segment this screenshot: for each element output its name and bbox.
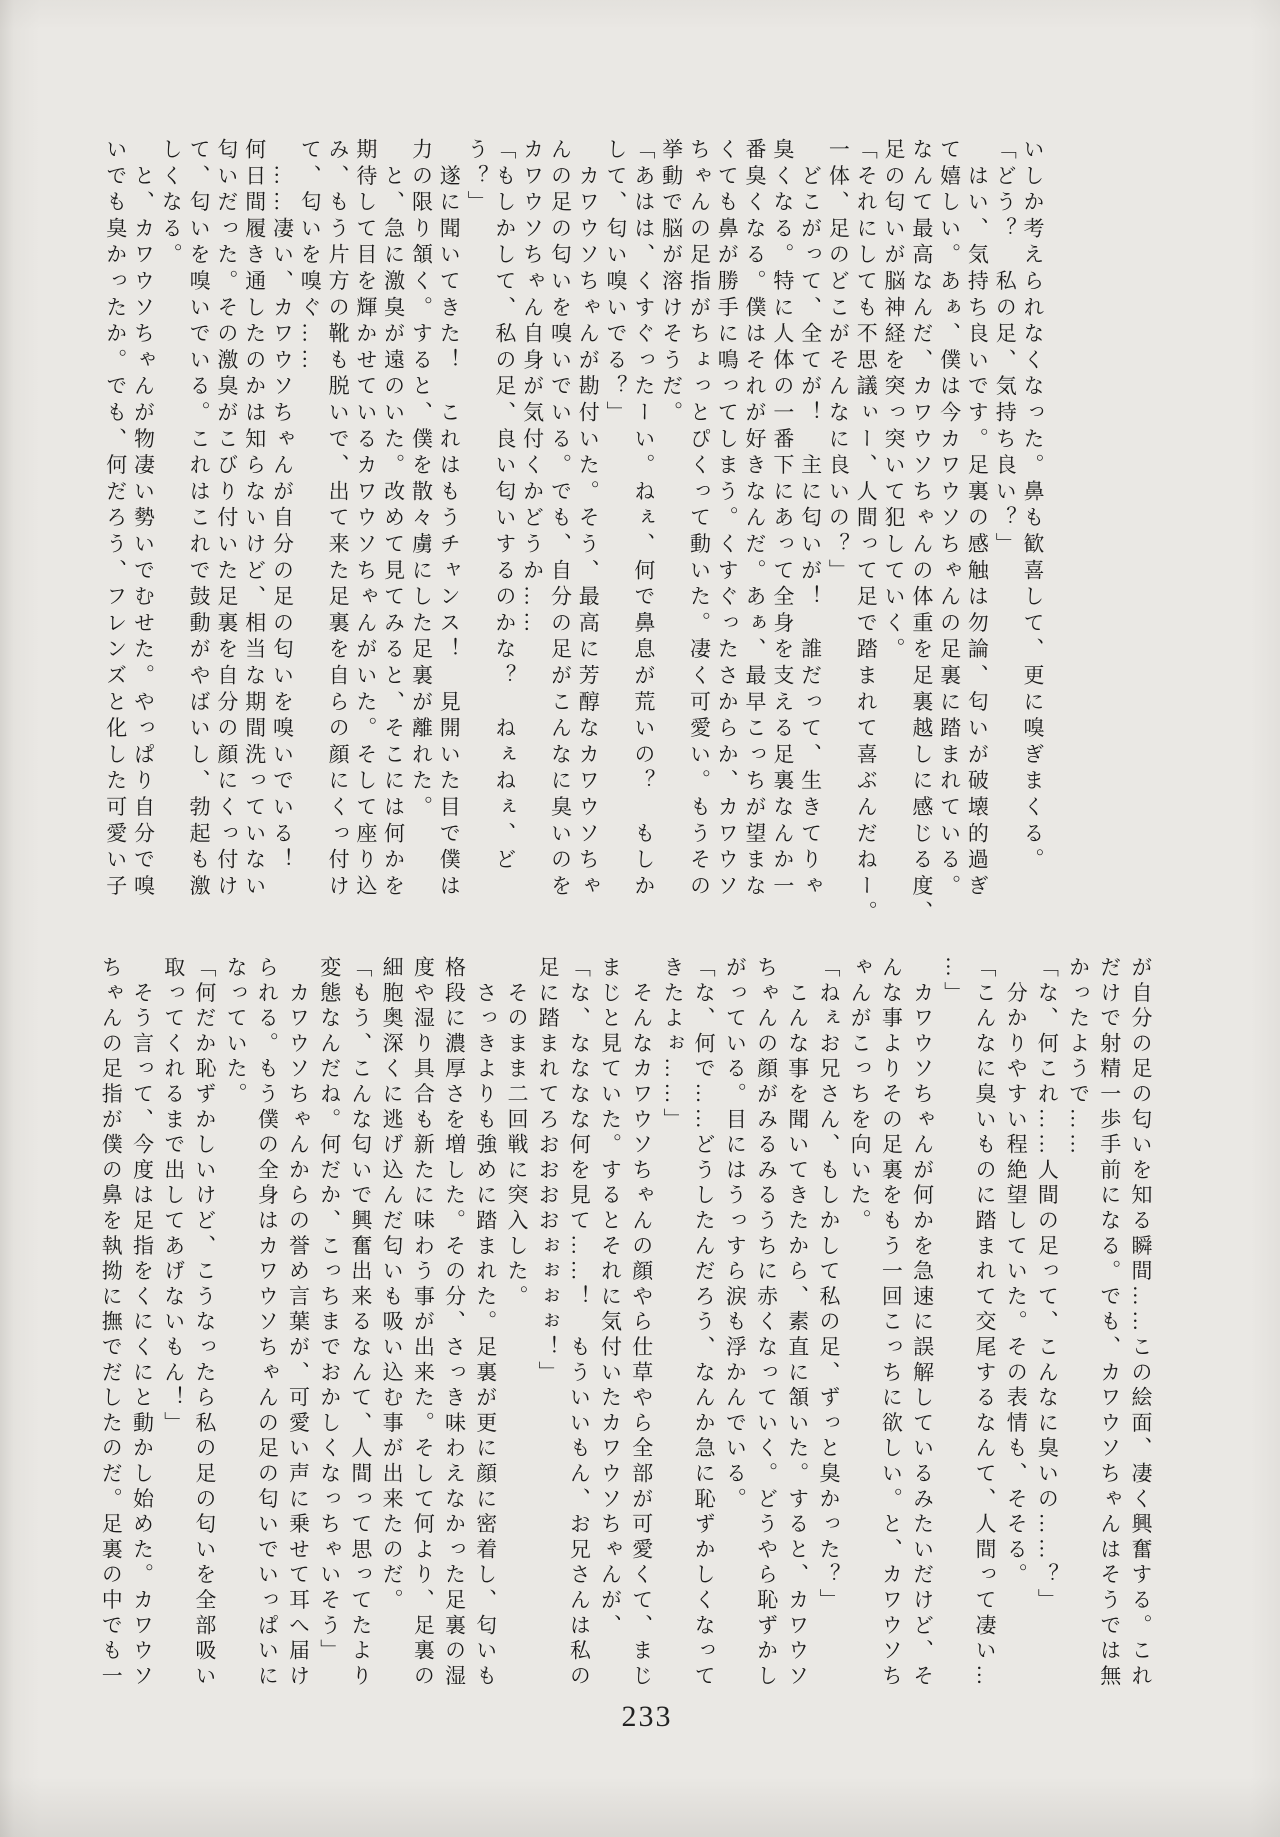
text-column: いしか考えられなくなった。鼻も歓喜して、更に嗅ぎまくる。 [1018, 138, 1046, 943]
text-column: て嬉しい。あぁ、僕は今カワウソちゃんの足裏に踏まれている。 [935, 138, 963, 943]
text-column: こんな事を聞いてきたから、素直に頷いた。すると、カワウソ [782, 956, 813, 1704]
text-column: 「あはは、くすぐったーい。ねぇ、何で鼻息が荒いの？ もしか [629, 138, 657, 943]
text-column: だけで射精一歩手前になる。でも、カワウソちゃんはそうでは無 [1094, 956, 1125, 1704]
text-column: しくなる。 [157, 138, 185, 943]
text-column: 挙動で脳が溶けそうだ。 [657, 138, 685, 943]
text-column: 「何だか恥ずかしいけど、こうなったら私の足の匂いを全部吸い [189, 956, 220, 1704]
text-column: う？」 [462, 138, 490, 943]
text-column: がっている。目にはうっすら涙も浮かんでいる。 [719, 956, 750, 1704]
text-column: んな事よりその足裏をもう一回こっちに欲しい。と、カワウソち [875, 956, 906, 1704]
text-column: 匂いだった。その激臭がこびり付いた足裏を自分の顔にくっ付け [212, 138, 240, 943]
text-column: 何日間履き通したのかは知らないけど、相当な期間洗っていない [240, 138, 268, 943]
text-column: ちゃんの足指がちょっとぴくって動いた。凄く可愛い。もうその [685, 138, 713, 943]
page-number: 233 [0, 1700, 1280, 1734]
text-column: いでも臭かったか。でも、何だろう、フレンズと化した可愛い子 [101, 138, 129, 943]
text-column: カワウソちゃんが勘付いた。そう、最高に芳醇なカワウソちゃ [573, 138, 601, 943]
text-column: 「な、何で……どうしたんだろう、なんか急に恥ずかしくなって [688, 956, 719, 1704]
text-column: さっきよりも強めに踏まれた。足裏が更に顔に密着し、匂いも [470, 956, 501, 1704]
text-column: 「こんなに臭いものに踏まれて交尾するなんて、人間って凄い… [969, 956, 1000, 1704]
text-column: カワウソちゃんからの誉め言葉が、可愛い声に乗せて耳へ届け [282, 956, 313, 1704]
text-column: そのまま二回戦に突入した。 [501, 956, 532, 1704]
text-column: 度や湿り具合も新たに味わう事が出来た。そして何より、足裏の [407, 956, 438, 1704]
text-column: て、匂いを嗅いでいる。これはこれで鼓動がやばいし、勃起も激 [184, 138, 212, 943]
text-column: そんなカワウソちゃんの顔やら仕草やら全部が可愛くて、まじ [626, 956, 657, 1704]
text-column: して、匂い嗅いでる？」 [601, 138, 629, 943]
text-column: カワウソちゃん自身が気付くかどうか…… [518, 138, 546, 943]
text-column: カワウソちゃんが何かを急速に誤解しているみたいだけど、そ [906, 956, 937, 1704]
text-column: なっていた。 [220, 956, 251, 1704]
text-column: 「ねぇお兄さん、もしかして私の足、ずっと臭かった？」 [813, 956, 844, 1704]
text-column: はい、気持ち良いです。足裏の感触は勿論、匂いが破壊的過ぎ [963, 138, 991, 943]
text-column: んの足の匂いを嗅いでいる。でも、自分の足がこんなに臭いのを [546, 138, 574, 943]
text-column: られる。もう僕の全身はカワウソちゃんの足の匂いでいっぱいに [251, 956, 282, 1704]
text-column: 「もう、こんな匂いで興奮出来るなんて、人間って思ってたより [345, 956, 376, 1704]
text-column: くても鼻が勝手に鳴ってしまう。くすぐったさからか、カワウソ [712, 138, 740, 943]
text-column: 力の限り頷く。すると、僕を散々虜にした足裏が離れた。 [407, 138, 435, 943]
text-column: 期待して目を輝かせているカワウソちゃんがいた。そして座り込 [351, 138, 379, 943]
text-column: 一体、足のどこがそんなに良いの？」 [824, 138, 852, 943]
text-column: かったようで…… [1062, 956, 1093, 1704]
text-block-bottom: が自分の足の匂いを知る瞬間……この絵面、凄く興奮する。これだけで射精一歩手前にな… [95, 956, 1156, 1704]
text-column: まじと見ていた。するとそれに気付いたカワウソちゃんが、 [594, 956, 625, 1704]
text-column: 「どう？ 私の足、気持ち良い？」 [990, 138, 1018, 943]
text-column: どこがって、全てが！ 主に匂いが！ 誰だって、生きてりゃ [796, 138, 824, 943]
text-column: …」 [938, 956, 969, 1704]
text-column: と、カワウソちゃんが物凄い勢いでむせた。やっぱり自分で嗅 [129, 138, 157, 943]
text-column: 格段に濃厚さを増した。その分、さっき味わえなかった足裏の湿 [438, 956, 469, 1704]
text-column: 遂に聞いてきた！ これはもうチャンス！ 見開いた目で僕は [434, 138, 462, 943]
text-column: 細胞奥深くに逃げ込んだ匂いも吸い込む事が出来たのだ。 [376, 956, 407, 1704]
text-column: 変態なんだね。何だか、こっちまでおかしくなっちゃいそう」 [314, 956, 345, 1704]
text-column: そう言って、今度は足指をくにくにと動かし始めた。カワウソ [126, 956, 157, 1704]
text-column: なんて最高なんだ、カワウソちゃんの体重を足裏越しに感じる度、 [907, 138, 935, 943]
text-column: 足に踏まれてろおおおおぉぉぉぉ！」 [532, 956, 563, 1704]
text-column: が自分の足の匂いを知る瞬間……この絵面、凄く興奮する。これ [1125, 956, 1156, 1704]
text-column: 「もしかして、私の足、良い匂いするのかな？ ねぇねぇ、ど [490, 138, 518, 943]
text-column: 臭くなる。特に人体の一番下にあって全身を支える足裏なんか一 [768, 138, 796, 943]
text-column: ちゃんの足指が僕の鼻を執拗に撫でだしたのだ。足裏の中でも一 [95, 956, 126, 1704]
text-column: み、もう片方の靴も脱いで、出て来た足裏を自らの顔にくっ付け [323, 138, 351, 943]
text-column: 番臭くなる。僕はそれが好きなんだ。あぁ、最早こっちが望まな [740, 138, 768, 943]
text-column: ……凄い、カワウソちゃんが自分の足の匂いを嗅いでいる！ [268, 138, 296, 943]
text-column: 足の匂いが脳神経を突っ突いて犯していく。 [879, 138, 907, 943]
text-column: 「な、何これ……人間の足って、こんなに臭いの……？」 [1031, 956, 1062, 1704]
text-column: 「な、なななな何を見て……！ もういいもん、お兄さんは私の [563, 956, 594, 1704]
text-column: ちゃんの顔がみるみるうちに赤くなっていく。どうやら恥ずかし [750, 956, 781, 1704]
text-column: 取ってくれるまで出してあげないもん！」 [158, 956, 189, 1704]
text-column: ゃんがこっちを向いた。 [844, 956, 875, 1704]
text-column: 分かりやすい程絶望していた。その表情も、そそる。 [1000, 956, 1031, 1704]
text-column: と、急に激臭が遠のいた。改めて見てみると、そこには何かを [379, 138, 407, 943]
text-column: て、匂いを嗅ぐ…… [295, 138, 323, 943]
text-column: きたよぉ……」 [657, 956, 688, 1704]
text-column: 「それにしても不思議ぃー、人間って足で踏まれて喜ぶんだねー。 [851, 138, 879, 943]
text-block-top: いしか考えられなくなった。鼻も歓喜して、更に嗅ぎまくる。「どう？ 私の足、気持ち… [98, 138, 1046, 943]
